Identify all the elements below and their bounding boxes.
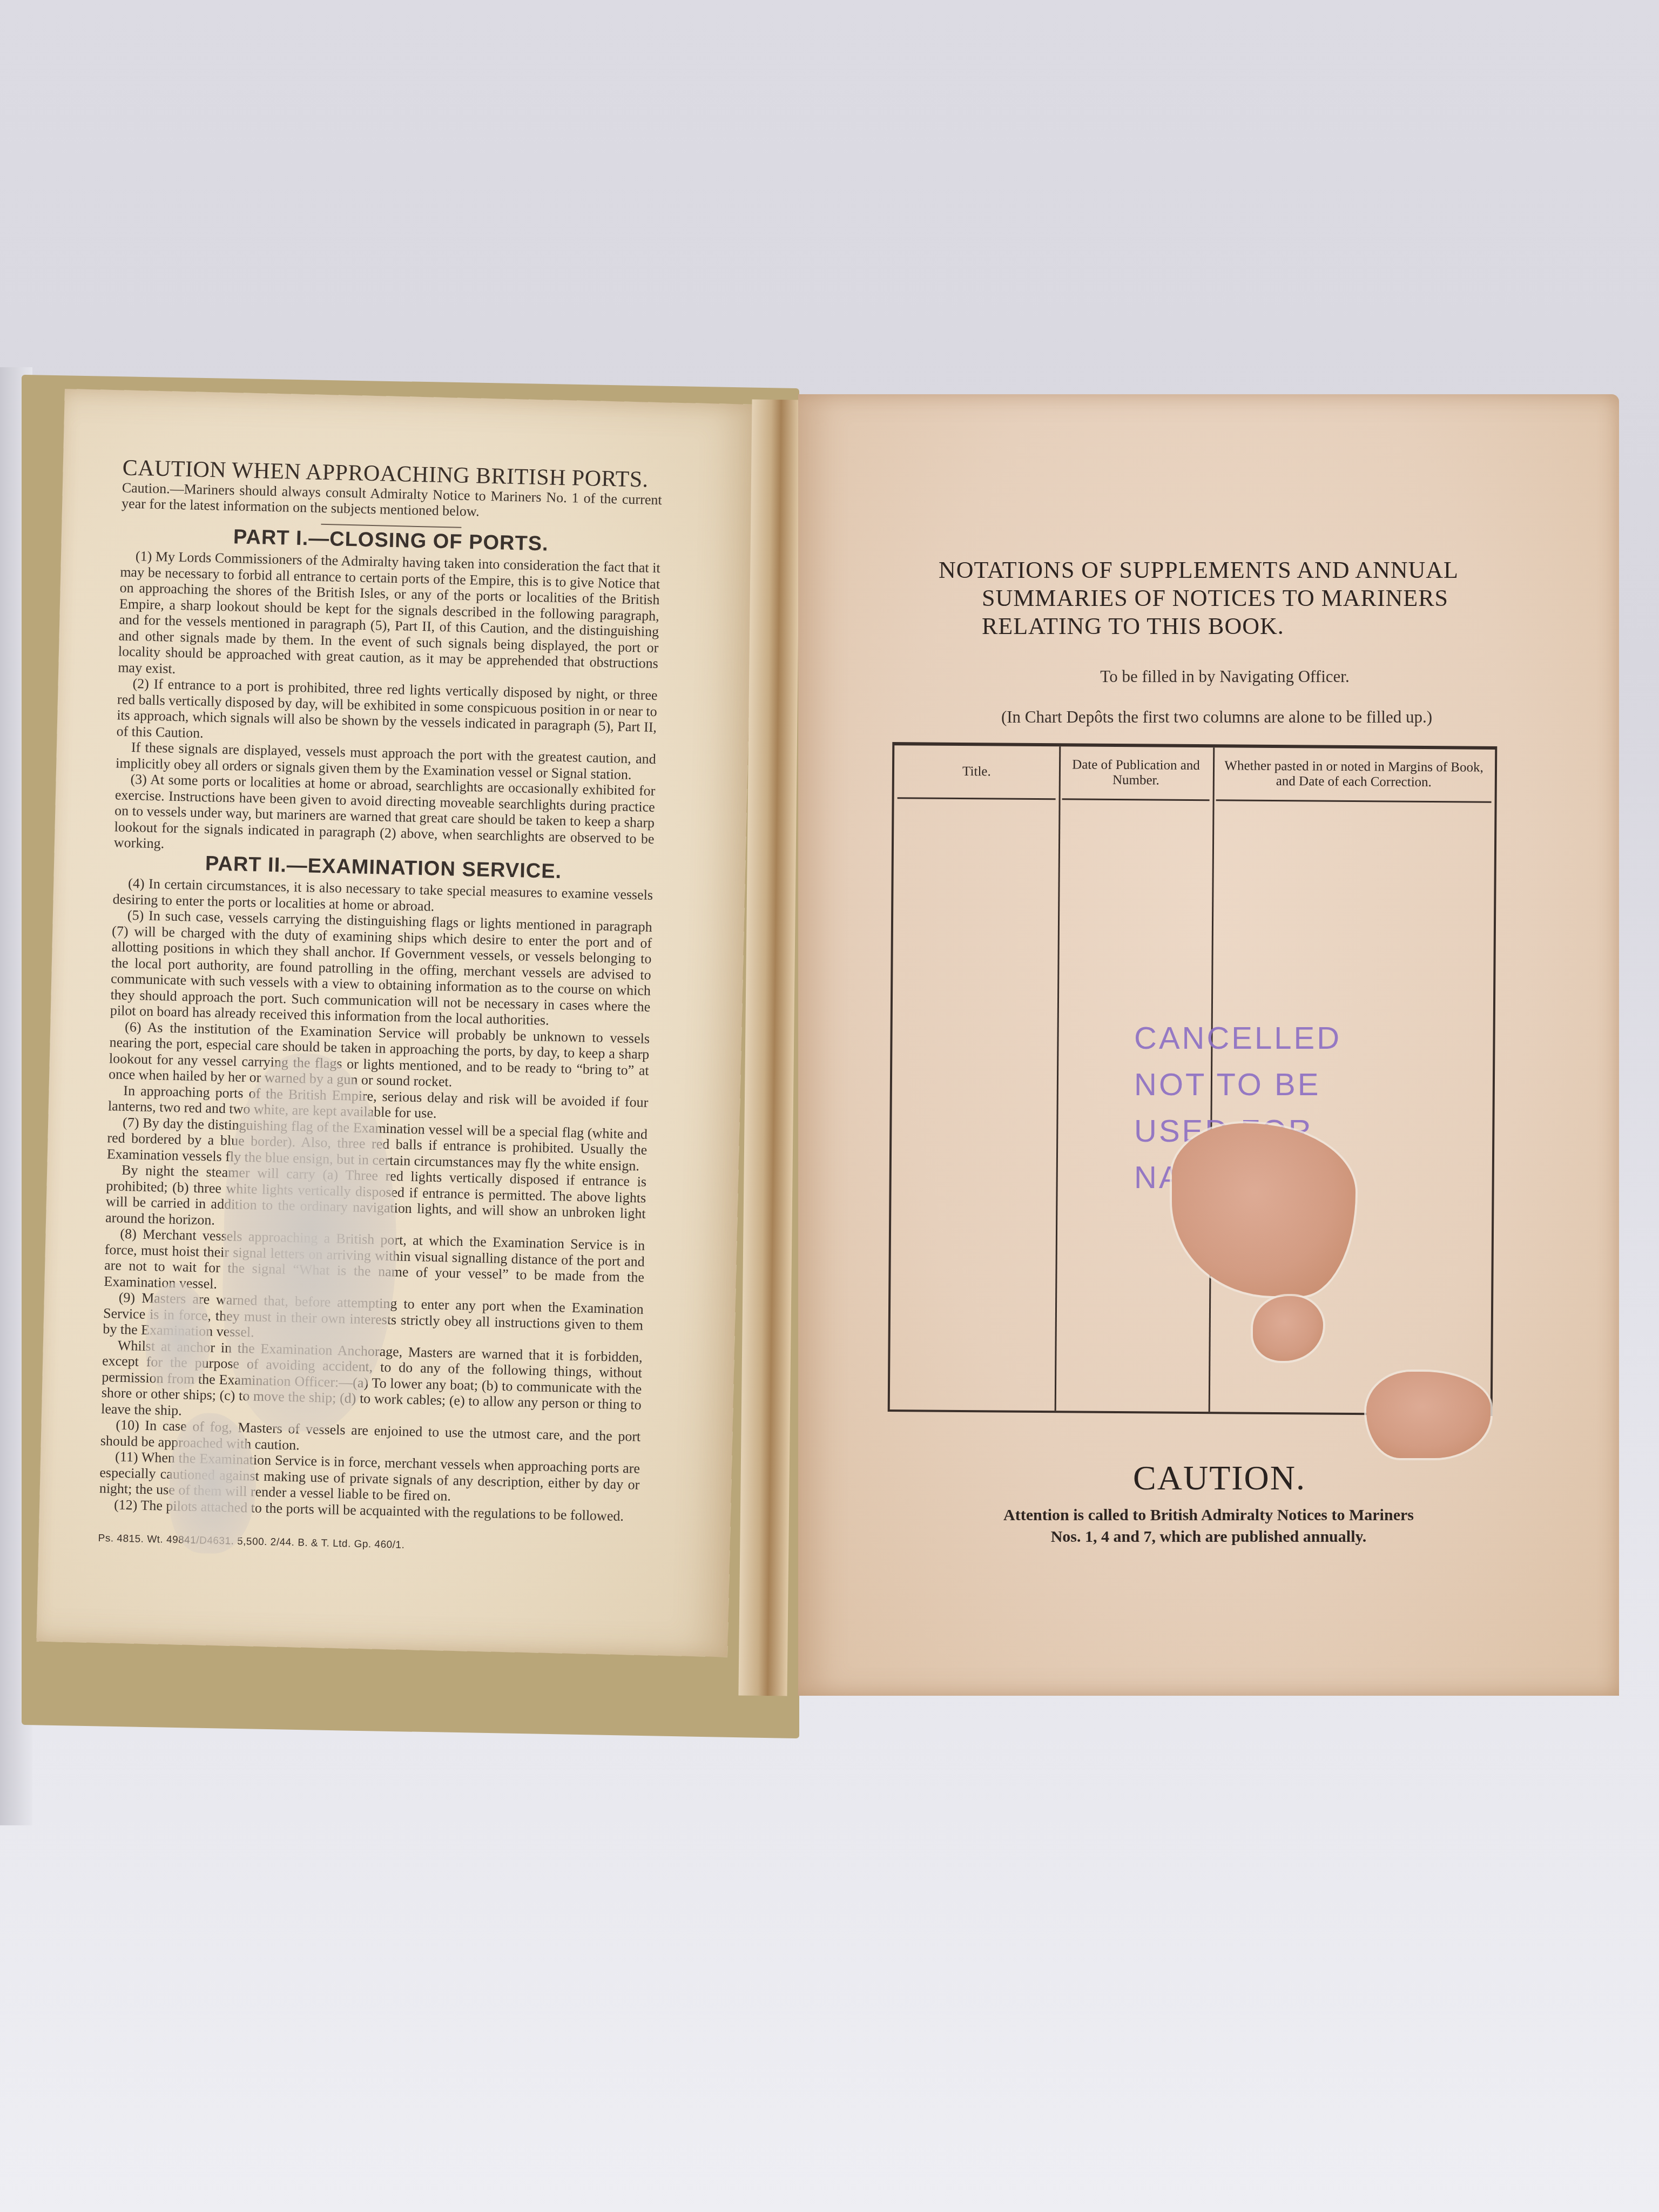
column-header: Whether pasted in or noted in Margins of… <box>1216 747 1492 803</box>
column-title: Title. <box>890 745 1061 1411</box>
stamp-line: NOT TO BE <box>1134 1062 1344 1108</box>
caution-heading: CAUTION. <box>820 1458 1619 1498</box>
column-header: Title. <box>898 745 1056 800</box>
title-line: SUMMARIES OF NOTICES TO MARINERS <box>939 584 1522 612</box>
caution-section: CAUTION. Attention is called to British … <box>798 1458 1619 1548</box>
paragraph: (3) At some ports or localities at home … <box>114 771 656 862</box>
instruction-text: To be filled in by Navigating Officer. <box>798 667 1619 686</box>
title-line: RELATING TO THIS BOOK. <box>939 612 1522 640</box>
column-cells <box>890 799 1059 1411</box>
caution-line: Nos. 1, 4 and 7, which are published ann… <box>798 1526 1619 1548</box>
chart-depot-note: (In Chart Depôts the first two columns a… <box>909 707 1525 727</box>
column-header: Date of Publication and Number. <box>1062 746 1210 801</box>
paragraph: (1) My Lords Commissioners of the Admira… <box>118 548 660 687</box>
paragraph: (6) As the institution of the Examinatio… <box>109 1019 650 1095</box>
divider-rule <box>321 523 461 528</box>
title-line: NOTATIONS OF SUPPLEMENTS AND ANNUAL <box>939 556 1522 584</box>
paragraph: (2) If entrance to a port is prohibited,… <box>116 675 657 751</box>
caution-line: Attention is called to British Admiralty… <box>798 1505 1619 1526</box>
right-page-title: NOTATIONS OF SUPPLEMENTS AND ANNUAL SUMM… <box>939 556 1522 640</box>
caution-text: Attention is called to British Admiralty… <box>798 1505 1619 1548</box>
paper-tear <box>1366 1372 1491 1458</box>
left-page: CAUTION WHEN APPROACHING BRITISH PORTS. … <box>36 389 756 1657</box>
left-page-content: CAUTION WHEN APPROACHING BRITISH PORTS. … <box>98 460 662 1559</box>
paragraph: (5) In such case, vessels carrying the d… <box>110 907 652 1030</box>
stamp-line: CANCELLED <box>1134 1015 1344 1062</box>
